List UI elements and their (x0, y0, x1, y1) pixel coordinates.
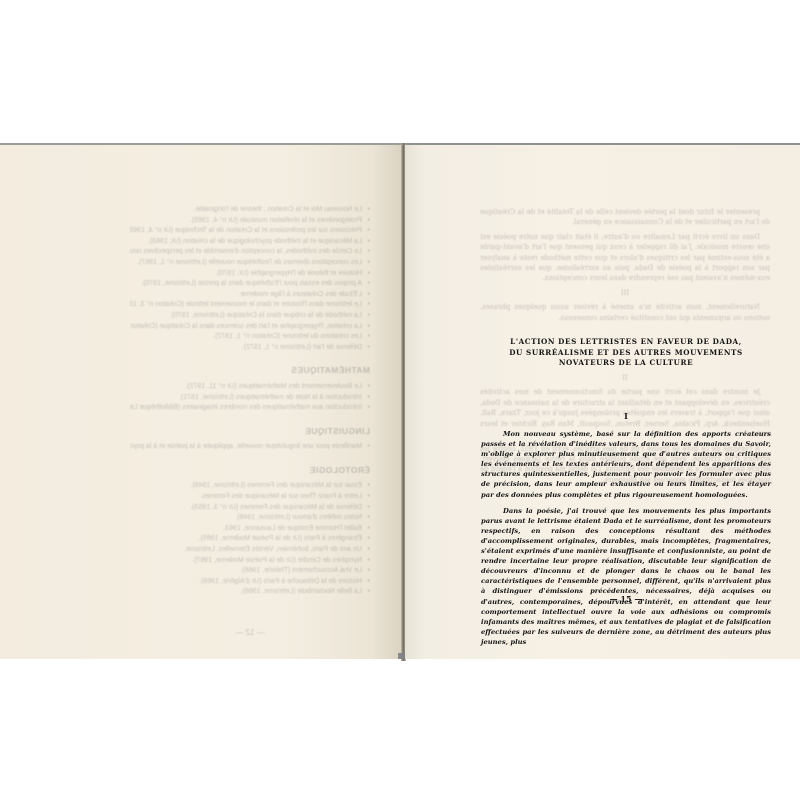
bleed-list-item: Les créations du lettrisme (Création n° … (130, 332, 370, 343)
bleed-section-heading: LINGUISTIQUE (130, 426, 370, 437)
page-number: — 15 — (481, 594, 771, 604)
left-page-bleed-through-text: Le Nouveau Moi et la Création ; théorie … (130, 205, 370, 639)
bleed-list-item: La méthode de la critique dans la Créati… (130, 311, 370, 322)
bleed-numeral: II (480, 373, 770, 383)
chapter-title-line: DU SURRÉALISME ET DES AUTRES MOUVEMENTS (481, 348, 771, 359)
bleed-list-item: La création, l'hypergraphie et l'art des… (130, 322, 370, 333)
bleed-list-item: Introduction à la Note de mathématiques … (130, 393, 370, 404)
right-page: présenter le futur dont la portée devien… (405, 143, 800, 659)
bleed-list-item: Défense de la Mécanique des Femmes (Ur n… (130, 503, 370, 514)
bleed-list-item: Prolégomènes et la révélation musicale (… (130, 216, 370, 227)
section-numeral: I (481, 411, 771, 421)
bleed-list-item: Histoire de la Débauche à Paris (Ur d'Al… (130, 577, 370, 588)
bleed-list-item: Étrangères à Paris (Ur de la Poésie Mode… (130, 534, 370, 545)
bleed-list-item: Le Cercle des méthodes, la conception d'… (130, 247, 370, 258)
chapter-title-line: NOVATEURS DE LA CULTURE (481, 358, 771, 369)
bleed-list-item: Histoire et théorie de l'Hypergraphie (U… (130, 269, 370, 280)
bleed-list-item: Lettre à Franz-Theo sur la Mécanique des… (130, 492, 370, 503)
bleed-list-item: Le Nouveau Moi et la Création ; théorie … (130, 205, 370, 216)
bleed-list-item: La Mécanique et la méthode psychologique… (130, 237, 370, 248)
bleed-list-item: La Belle Noctambule (Lettrisme, 1968). (130, 587, 370, 598)
bleed-list-item: Le Vrai Accouchement (Théorie, 1968). (130, 566, 370, 577)
paragraph: Dans la poésie, j'ai trouvé que les mouv… (481, 506, 771, 647)
bleed-list-item: Le lettrisme dans l'histoire et dans le … (130, 300, 370, 311)
bleed-paragraph: Naturellement, mon activité m'a amené à … (480, 302, 770, 323)
open-book-spread: Le Nouveau Moi et la Création ; théorie … (0, 143, 800, 657)
bleed-numeral: III (480, 288, 770, 298)
bleed-list-item: Un ami de Paris, bohémien, Vérités Étern… (130, 545, 370, 556)
bleed-list-item: Introduction aux mathématiques des nombr… (130, 403, 370, 414)
chapter-title-line: L'ACTION DES LETTRISTES EN FAVEUR DE DAD… (481, 337, 771, 348)
bleed-list-item: Précisions sur les professions et la Cré… (130, 226, 370, 237)
bleed-list-item: Les conceptions diverses de l'esthétique… (130, 258, 370, 269)
bleed-list-item: Défense de l'art (Lettrisme n° 1, 1972). (130, 343, 370, 354)
bleed-list-item: Essai sur la Mécanique des Femmes (Lettr… (130, 481, 370, 492)
bleed-list-item: Ballet l'Homme Érotique de Lausanne, 196… (130, 524, 370, 535)
left-page: Le Nouveau Moi et la Création ; théorie … (0, 143, 403, 659)
bleed-list-item: Nymphes de Cendre (Ur de la Poésie Moder… (130, 556, 370, 567)
bleed-list-item: Manifeste pour une linguistique nouvelle… (130, 442, 370, 453)
bleed-list-item: L'Étude des Créateurs à l'âge moderne. (130, 290, 370, 301)
bleed-paragraph: présenter le futur dont la portée devien… (480, 207, 770, 228)
bleed-section-heading: ÉROTOLOGIE (130, 465, 370, 476)
chapter-title: L'ACTION DES LETTRISTES EN FAVEUR DE DAD… (481, 337, 771, 369)
left-page-number: — 12 — (130, 628, 370, 639)
body-text: Mon nouveau système, basé sur la définit… (481, 429, 771, 653)
bleed-list-item: Le Bouleversement des Mathématiques (Ur … (130, 382, 370, 393)
bleed-list-item: A propos des essais pour l'Esthétique da… (130, 279, 370, 290)
bleed-list-item: Notes mêlées d'amour (Lettrisme, 1948). (130, 513, 370, 524)
bleed-paragraph: Dans un livre écrit par Lemaître ou d'au… (480, 232, 770, 284)
bleed-section-heading: MATHÉMATIQUES (130, 365, 370, 376)
paragraph: Mon nouveau système, basé sur la définit… (481, 429, 771, 500)
